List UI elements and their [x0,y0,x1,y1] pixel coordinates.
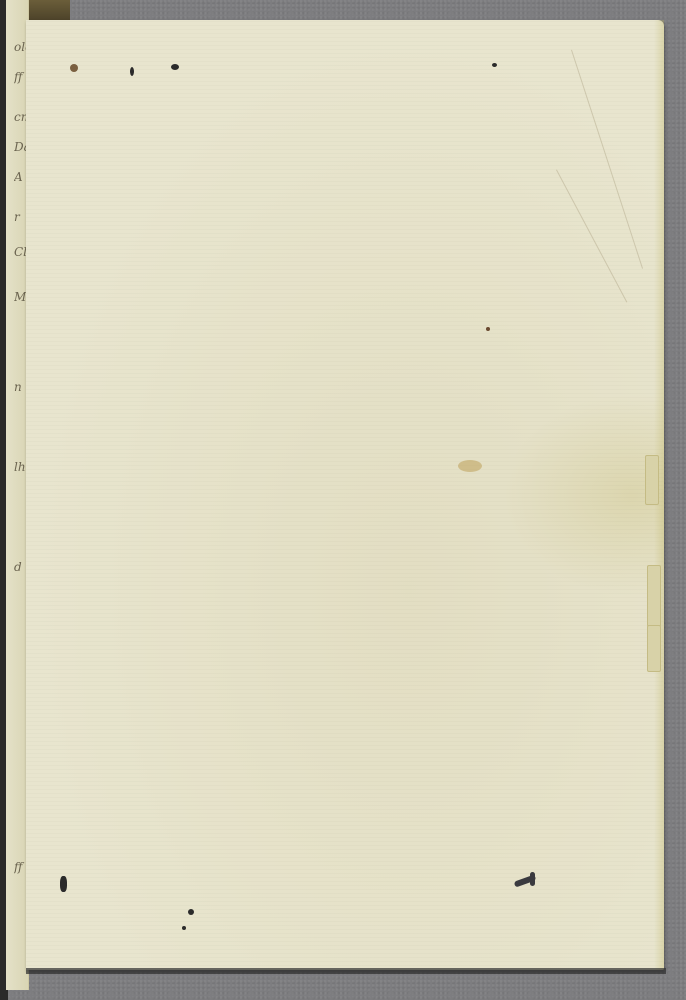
worm-hole [182,926,186,930]
paper-crease [571,50,643,269]
foxing-stain [458,460,482,472]
worm-hole [171,64,179,70]
page-bottom-shadow [26,968,666,974]
binding-strip [22,0,70,22]
worm-hole [60,876,67,892]
ink-spot [486,327,490,331]
worm-hole [492,63,497,67]
paper-tab [647,565,661,627]
worm-hole [188,909,194,915]
ink-spot [70,64,78,72]
paper-tab [647,625,661,672]
worm-hole [130,67,134,76]
worm-hole [530,872,535,886]
blank-manuscript-page [26,20,664,970]
paper-tab [645,455,659,505]
